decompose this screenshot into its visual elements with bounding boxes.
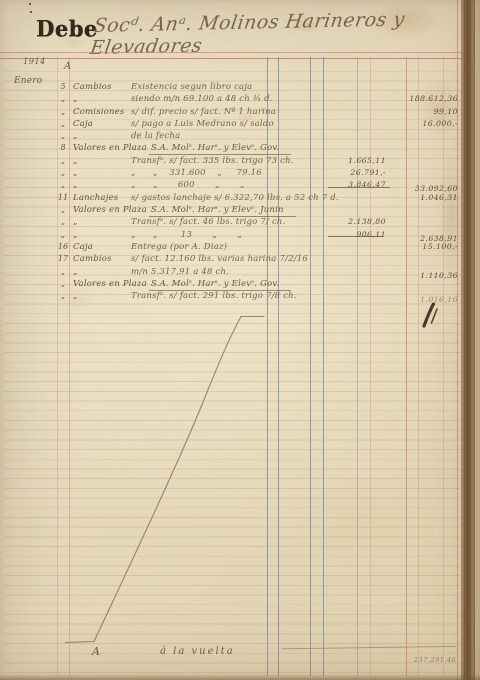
entry-description: s/ dif. precio s/ fact. Nº 1 harina — [131, 107, 276, 117]
pencil-total-line — [282, 646, 456, 648]
entry-description: Existencia segun libro caja — [131, 82, 252, 92]
entry-account: „ — [73, 217, 78, 227]
entry-description: „ „ 600 „ „ — [131, 180, 245, 190]
entry-description: „ „ 13 „ „ — [131, 230, 242, 240]
entry-description: Transfᵃ. s/ fact. 46 lbs. trigo 7/ ch. — [131, 217, 286, 227]
ledger-row: „ „ „ „ 600 „ „ 3.846,47 33.092,60 — [0, 180, 461, 193]
entry-description: siendo m/n 69.100 a 48 ch ¾ d. — [131, 94, 273, 104]
entry-description: S.A. Molˢ. Harˢ. y Elevˢ. Gov. — [149, 279, 291, 291]
entry-amount-secondary: 2.138,80 — [322, 217, 386, 226]
entry-day: „ — [53, 279, 73, 288]
entry-day: „ — [53, 205, 73, 214]
ink-speck — [29, 3, 31, 5]
entry-amount-main: 33.092,60 — [396, 184, 458, 193]
cancellation-line — [66, 317, 265, 643]
entry-account: „ — [73, 267, 78, 277]
audit-tick-mark — [432, 309, 438, 323]
next-page-edge — [474, 0, 480, 680]
entry-day: 5 — [53, 82, 73, 91]
entry-description: s/ gastos lanchaje s/ 6.322,70 lbs. a 52… — [131, 193, 339, 203]
entry-amount-main: 1.046,31 — [396, 193, 458, 202]
entry-day: 8 — [53, 143, 73, 152]
ledger-row: „ „ siendo m/n 69.100 a 48 ch ¾ d. 188.6… — [0, 94, 461, 107]
entry-description: S.A. Molˢ. Harˢ. y Elevˢ. Gov. — [149, 143, 291, 155]
entry-description: Entrega (por A. Diaz) — [131, 242, 227, 252]
entry-description: Transfᵃ. s/ fact. 335 lbs. trigo 73 ch. — [131, 156, 294, 166]
entry-account: „ — [73, 156, 78, 166]
entry-description: s/ pago a Luis Medrano s/ saldo — [131, 119, 274, 129]
entry-day: „ — [53, 94, 73, 103]
entry-account: „ — [73, 291, 78, 301]
carry-forward-note: á la vuelta — [160, 646, 235, 657]
entry-amount-main: 16.000,- — [396, 119, 458, 128]
entry-account: Comisiones — [73, 107, 124, 117]
entry-description: s/ fact. 12.160 lbs. varias harina 7/2/1… — [131, 254, 308, 264]
entry-description: m/n 5.317,91 a 48 ch. — [131, 267, 229, 277]
year-label: 1914 — [23, 57, 45, 67]
entry-day: 17 — [53, 254, 73, 263]
ledger-row: 8 Valores en Plaza S.A. Molˢ. Harˢ. y El… — [0, 143, 461, 156]
entry-day: „ — [53, 168, 73, 177]
entry-account: „ — [73, 131, 78, 141]
entry-account: Valores en Plaza — [73, 279, 147, 289]
entry-day: 11 — [53, 193, 73, 202]
entry-account: „ — [73, 168, 78, 178]
entry-account: Caja — [73, 119, 93, 129]
entry-account: Lanchajes — [73, 193, 118, 203]
subtotal-rule — [328, 236, 383, 237]
entry-amount-main: 99,10 — [396, 107, 458, 116]
entry-amount-secondary: 26.791,- — [322, 168, 386, 177]
entry-description: „ „ 331.600 „ 79.16 — [131, 168, 262, 178]
ledger-row: „ „ Transfᵃ. s/ fact. 291 lbs. trigo 7/8… — [0, 291, 461, 304]
ink-speck — [30, 11, 32, 13]
header-rule-red — [0, 52, 461, 53]
pencil-carry-total: 237.291.46 — [414, 656, 456, 664]
entry-description: S.A. Molˢ. Harˢ. y Elevˢ. Junin — [149, 205, 296, 217]
entry-day: „ — [53, 131, 73, 140]
entry-account: Valores en Plaza — [73, 205, 147, 215]
entry-account: Valores en Plaza — [73, 143, 147, 153]
entry-day: „ — [53, 267, 73, 276]
binding-edge — [461, 0, 474, 680]
entry-amount-main: 1.016,16 — [396, 295, 458, 304]
subtotal-rule — [328, 187, 390, 188]
entry-day: „ — [53, 156, 73, 165]
entry-amount-main: 188.612,36 — [396, 94, 458, 103]
ledger-row: 17 Cambios s/ fact. 12.160 lbs. varias h… — [0, 254, 461, 267]
entry-day: „ — [53, 230, 73, 239]
entry-day: 16 — [53, 242, 73, 251]
ledger-row: „ „ Transfᵃ. s/ fact. 46 lbs. trigo 7/ c… — [0, 217, 461, 230]
ledger-page: Debe Socᵈ. Anᵃ. Molinos Harineros y Elev… — [0, 0, 480, 680]
page-bottom-edge — [0, 674, 480, 680]
entry-day: „ — [53, 119, 73, 128]
audit-tick-mark — [424, 304, 434, 326]
entry-description: de la fecha — [131, 131, 180, 141]
folio-mark-top: A — [64, 61, 71, 72]
entry-day: „ — [53, 180, 73, 189]
entry-day: „ — [53, 107, 73, 116]
entry-day: „ — [53, 217, 73, 226]
entry-account: „ — [73, 230, 78, 240]
entry-account: Caja — [73, 242, 93, 252]
entry-account: „ — [73, 94, 78, 104]
entry-account: Cambios — [73, 82, 112, 92]
folio-mark-bottom: A — [92, 645, 100, 658]
entry-amount-main: 15.100,- — [396, 242, 458, 251]
entry-account: „ — [73, 180, 78, 190]
entry-account: Cambios — [73, 254, 112, 264]
page-side-label: Debe — [36, 15, 98, 42]
entry-amount-secondary: 1.665,11 — [322, 156, 386, 165]
entry-day: „ — [53, 291, 73, 300]
entry-amount-secondary: 906,11 — [322, 230, 386, 239]
entry-description: Transfᵃ. s/ fact. 291 lbs. trigo 7/8 ch. — [131, 291, 297, 301]
